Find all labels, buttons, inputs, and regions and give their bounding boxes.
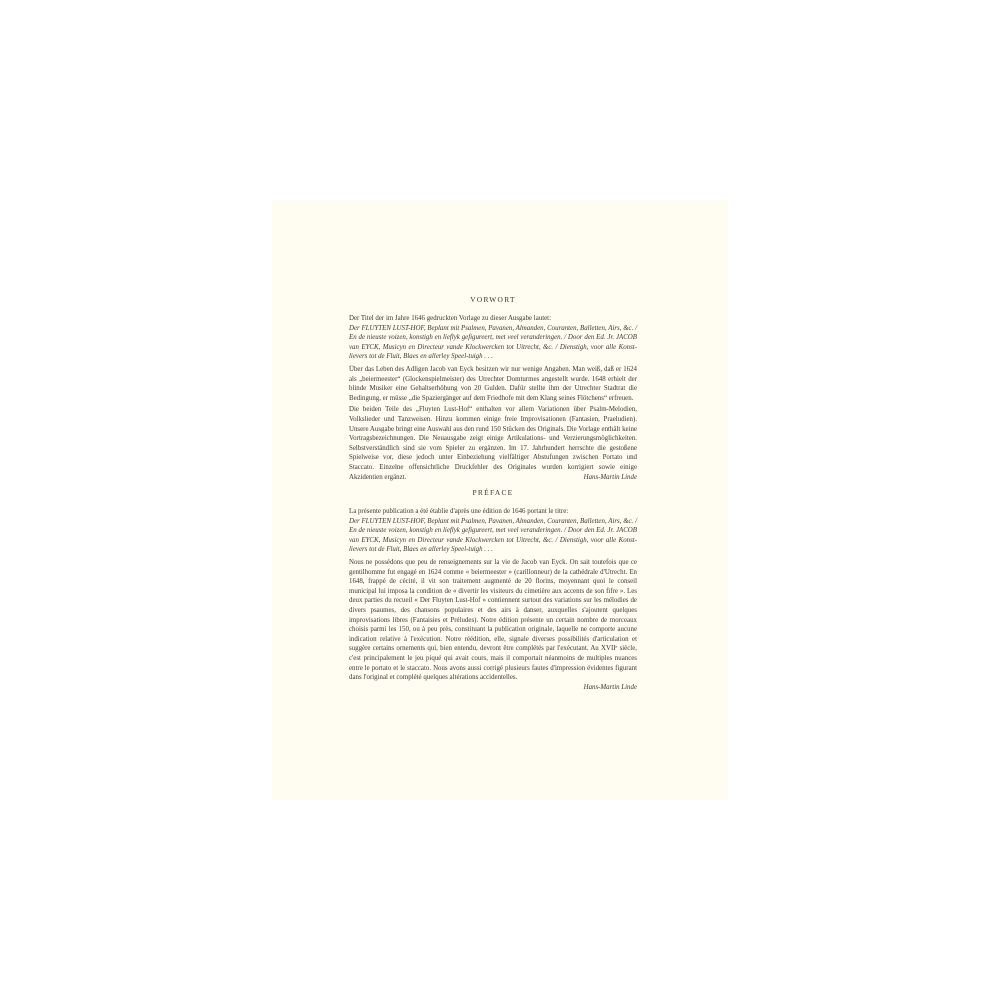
document-page: VORWORT Der Titel der im Jahre 1646 gedr… bbox=[272, 200, 728, 800]
vorwort-paragraph-2-text: Die beiden Teile des „Fluyten Lust-Hof“ … bbox=[349, 406, 637, 480]
preface-title-block: Der FLUYTEN LUST-HOF, Beplant mit Psalme… bbox=[349, 517, 637, 555]
text-column: VORWORT Der Titel der im Jahre 1646 gedr… bbox=[349, 295, 637, 692]
vorwort-signature: Hans-Martin Linde bbox=[584, 473, 637, 483]
vorwort-paragraph-2: Die beiden Teile des „Fluyten Lust-Hof“ … bbox=[349, 405, 637, 482]
vorwort-paragraph-1: Über das Leben des Adligen Jacob van Eyc… bbox=[349, 365, 637, 403]
vorwort-heading: VORWORT bbox=[349, 295, 637, 305]
preface-heading: PRÉFACE bbox=[349, 488, 637, 498]
preface-paragraph: Nous ne possédons que peu de renseigneme… bbox=[349, 558, 637, 683]
vorwort-title-block: Der FLUYTEN LUST-HOF, Beplant mit Psalme… bbox=[349, 324, 637, 362]
preface-signature: Hans-Martin Linde bbox=[349, 683, 637, 693]
preface-intro: La présente publication a été établie d'… bbox=[349, 507, 637, 517]
vorwort-intro: Der Titel der im Jahre 1646 gedruckten V… bbox=[349, 314, 637, 324]
